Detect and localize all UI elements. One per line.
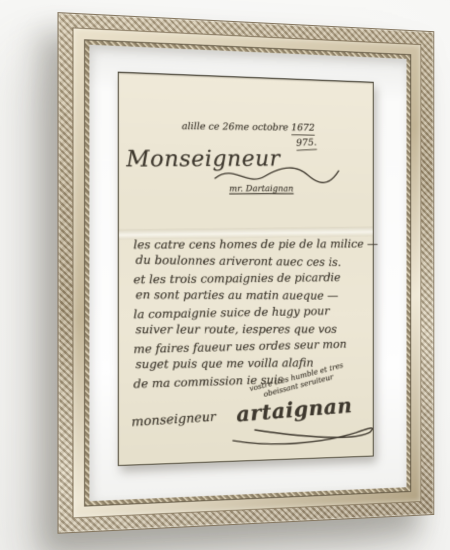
date-year: 1672 [291,122,315,135]
body-line: et les trois compaignies de picardie [133,269,365,289]
frame-inner-molding: alille ce 26me octobre1672 975. Monseign… [72,27,421,518]
letter-print: alille ce 26me octobre1672 975. Monseign… [118,72,374,466]
docket-note: mr. Dartaignan [229,184,294,194]
frame-side-edge [58,12,61,534]
signature-flourish-icon [227,423,378,450]
product-photo-scene: alille ce 26me octobre1672 975. Monseign… [0,0,450,550]
body-line: du boulonnes ariveront auec ces is. [135,251,367,271]
date-text: alille ce 26me octobre [182,121,289,133]
body-line: les catre cens homes de pie de la milice… [133,236,365,254]
body-line: en sont parties au matin aueque — [135,286,367,304]
closing-monseigneur: monseigneur [131,409,216,430]
archive-number: 975. [296,137,317,151]
picture-frame: alille ce 26me octobre1672 975. Monseign… [58,12,435,534]
letter-dateline: alille ce 26me octobre1672 [119,120,373,134]
mat-board: alille ce 26me octobre1672 975. Monseign… [85,40,410,505]
